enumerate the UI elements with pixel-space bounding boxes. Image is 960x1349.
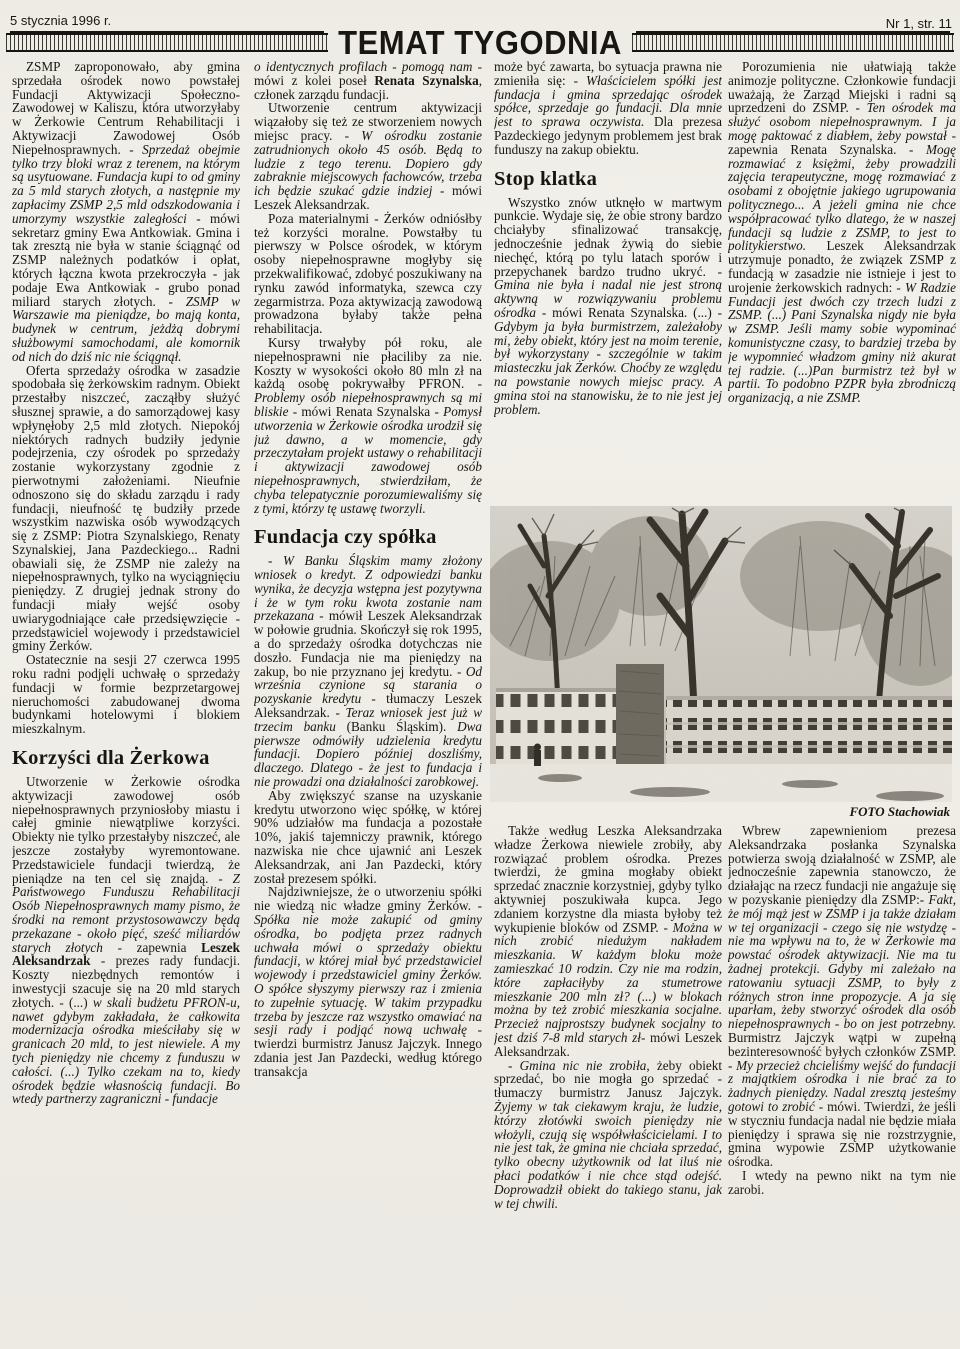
article-paragraph: Oferta sprzedaży ośrodka w zasadzie spod… <box>12 364 240 654</box>
page-title: TEMAT TYGODNIA <box>338 26 622 59</box>
issue-date: 5 stycznia 1996 r. <box>10 13 111 28</box>
article-paragraph: I wtedy na pewno nikt na tym nie zarobi. <box>728 1169 956 1197</box>
article-paragraph: Poza materialnymi - Żerków odniósłby też… <box>254 212 482 336</box>
article-paragraph: - Gmina nic nie zrobiła, żeby obiekt spr… <box>494 1059 722 1211</box>
article-column-4-bottom: Wbrew zapewnieniom prezesa Aleksandrzaka… <box>728 824 956 1344</box>
article-paragraph: o identycznych profilach - pomogą nam - … <box>254 60 482 101</box>
article-column-3-top: może być zawarta, bo sytuacja prawna nie… <box>494 60 722 508</box>
section-heading: Korzyści dla Żerkowa <box>12 747 240 769</box>
article-paragraph: Utworzenie w Żerkowie ośrodka aktywizacj… <box>12 775 240 1106</box>
article-paragraph: Kursy trwałyby pół roku, ale niepełnospr… <box>254 336 482 515</box>
masthead-rule-left <box>6 33 328 52</box>
article-column-1: ZSMP zaproponowało, aby gmina sprzedała … <box>12 60 240 1342</box>
section-heading: Fundacja czy spółka <box>254 526 482 548</box>
article-paragraph: Utworzenie centrum aktywizacji wiązałoby… <box>254 101 482 211</box>
article-paragraph: - W Banku Śląskim mamy złożony wniosek o… <box>254 554 482 789</box>
building-winter-photo <box>490 506 952 802</box>
article-paragraph: ZSMP zaproponowało, aby gmina sprzedała … <box>12 60 240 364</box>
article-paragraph: Najdziwniejsze, że o utworzeniu spółki n… <box>254 885 482 1078</box>
page-header: 5 stycznia 1996 r. Nr 1, str. 11 TEMAT T… <box>0 0 960 58</box>
article-paragraph: Wbrew zapewnieniom prezesa Aleksandrzaka… <box>728 824 956 1169</box>
masthead-rule-right <box>632 33 954 52</box>
photo-block: FOTO Stachowiak <box>490 506 952 820</box>
photo-caption: FOTO Stachowiak <box>490 804 952 820</box>
article-paragraph: Porozumienia nie ułatwiają także animozj… <box>728 60 956 405</box>
section-heading: Stop klatka <box>494 168 722 190</box>
article-column-2: o identycznych profilach - pomogą nam - … <box>254 60 482 1342</box>
article-column-4-top: Porozumienia nie ułatwiają także animozj… <box>728 60 956 508</box>
article-column-3-bottom: Także według Leszka Aleksandrzaka władze… <box>494 824 722 1344</box>
article-paragraph: Także według Leszka Aleksandrzaka władze… <box>494 824 722 1059</box>
article-paragraph: może być zawarta, bo sytuacja prawna nie… <box>494 60 722 157</box>
article-paragraph: Aby zwiększyć szanse na uzyskanie kredyt… <box>254 789 482 886</box>
article-paragraph: Ostatecznie na sesji 27 czerwca 1995 rok… <box>12 653 240 736</box>
newspaper-page: 5 stycznia 1996 r. Nr 1, str. 11 TEMAT T… <box>0 0 960 1349</box>
masthead: TEMAT TYGODNIA <box>6 27 954 58</box>
article-paragraph: Wszystko znów utknęło w martwym punkcie.… <box>494 196 722 417</box>
